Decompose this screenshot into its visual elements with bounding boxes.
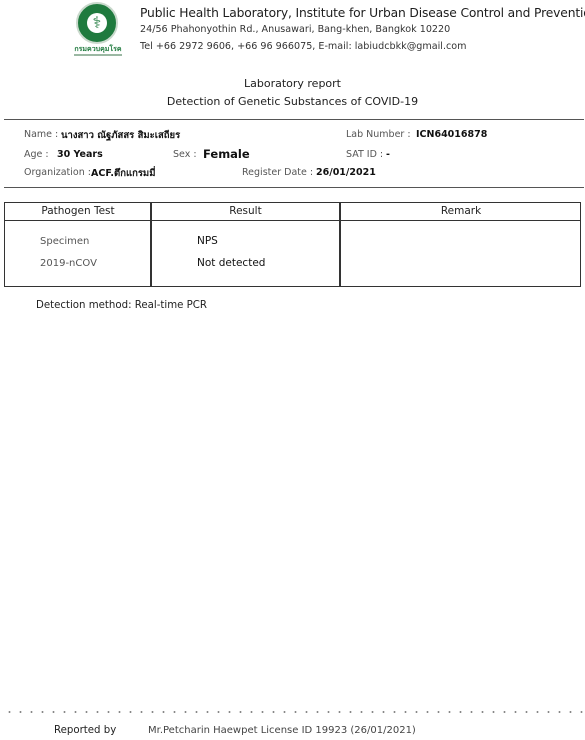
results-table: Pathogen Test Result Remark Specimen NPS… [4, 202, 581, 287]
sat-id-value: - [386, 149, 390, 160]
report-title: Laboratory report [0, 77, 585, 90]
lab-number-value: ICN64016878 [416, 129, 487, 140]
age-label: Age : [24, 149, 49, 160]
sex-value: Female [203, 147, 250, 161]
divider-top [4, 119, 584, 120]
report-subtitle: Detection of Genetic Substances of COVID… [0, 95, 585, 108]
organization-contact: Tel +66 2972 9606, +66 96 966075, E-mail… [140, 41, 466, 52]
reported-by-value: Mr.Petcharin Haewpet License ID 19923 (2… [148, 725, 416, 736]
test-result: Not detected [197, 257, 265, 269]
column-header-result: Result [151, 205, 340, 217]
age-value: 30 Years [57, 149, 103, 160]
name-label: Name : [24, 129, 58, 140]
institution-logo: ⚕ กรมควบคุมโรค [72, 2, 124, 58]
dotted-separator [4, 711, 584, 713]
organization-name: Public Health Laboratory, Institute for … [140, 6, 585, 20]
column-header-remark: Remark [341, 205, 581, 217]
header-divider [5, 220, 580, 221]
organization-address: 24/56 Phahonyothin Rd., Anusawari, Bang-… [140, 24, 450, 35]
organization-label: Organization : [24, 167, 91, 178]
column-header-pathogen-test: Pathogen Test [5, 205, 151, 217]
logo-thai-name: กรมควบคุมโรค [72, 45, 124, 53]
register-date-label: Register Date : [242, 167, 313, 178]
register-date-value: 26/01/2021 [316, 167, 376, 178]
reported-by-label: Reported by [54, 725, 116, 736]
test-name: 2019-nCOV [40, 258, 97, 269]
organization-value: ACF.ตึกแกรมมี่ [91, 166, 155, 181]
lab-number-label: Lab Number : [346, 129, 411, 140]
ministry-seal-icon: ⚕ [76, 2, 118, 44]
test-name: Specimen [40, 236, 89, 247]
name-value: นางสาว ณัฐภัสสร สิมะเสถียร [61, 128, 180, 143]
sex-label: Sex : [173, 149, 197, 160]
test-result: NPS [197, 235, 218, 247]
detection-method: Detection method: Real-time PCR [36, 300, 207, 311]
sat-id-label: SAT ID : [346, 149, 383, 160]
divider-bottom [4, 187, 584, 188]
logo-subtext [74, 54, 122, 56]
